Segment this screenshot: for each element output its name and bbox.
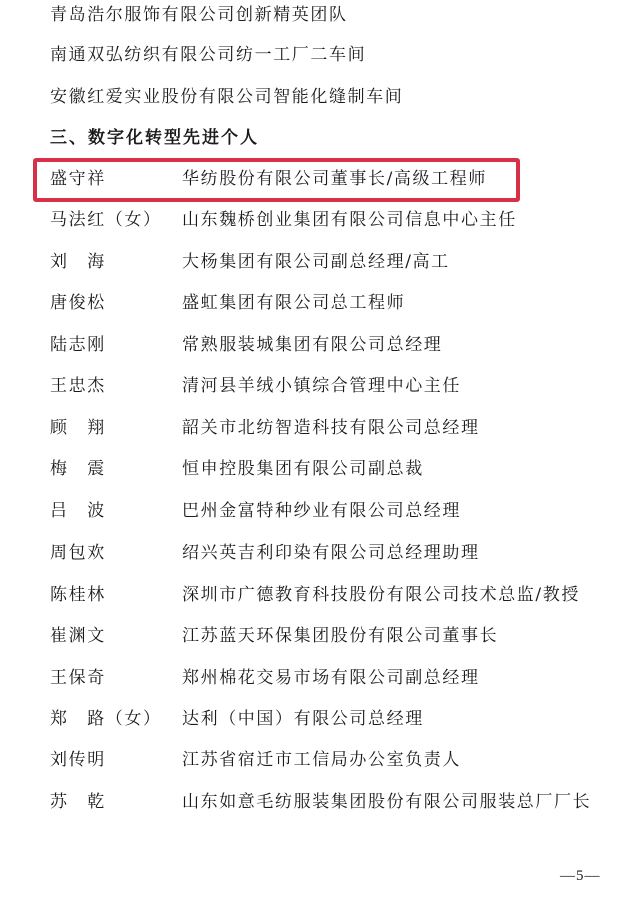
person-name: 苏 乾: [50, 791, 106, 813]
person-name: 王保奇: [50, 667, 106, 689]
person-title: 山东魏桥创业集团有限公司信息中心主任: [182, 209, 517, 231]
team-entry: 南通双弘纺织有限公司纺一工厂二车间: [50, 44, 366, 66]
section-heading: 三、数字化转型先进个人: [50, 127, 259, 149]
person-title: 华纺股份有限公司董事长/高级工程师: [182, 168, 487, 190]
person-name: 崔渊文: [50, 625, 106, 647]
person-title: 盛虹集团有限公司总工程师: [182, 292, 405, 314]
person-title: 巴州金富特种纱业有限公司总经理: [182, 500, 461, 522]
person-name: 郑 路（女）: [50, 708, 162, 730]
person-name: 刘 海: [50, 251, 106, 273]
person-title: 韶关市北纺智造科技有限公司总经理: [182, 417, 480, 439]
person-name: 马法红（女）: [50, 209, 162, 231]
person-name: 梅 震: [50, 458, 106, 480]
person-title: 常熟服装城集团有限公司总经理: [182, 334, 442, 356]
person-name: 顾 翔: [50, 417, 106, 439]
person-title: 山东如意毛纺服装集团股份有限公司服装总厂厂长: [182, 791, 591, 813]
person-title: 江苏蓝天环保集团股份有限公司董事长: [182, 625, 498, 647]
person-title: 郑州棉花交易市场有限公司副总经理: [182, 667, 480, 689]
person-title: 绍兴英吉利印染有限公司总经理助理: [182, 542, 480, 564]
team-entry: 安徽红爱实业股份有限公司智能化缝制车间: [50, 86, 403, 108]
person-title: 大杨集团有限公司副总经理/高工: [182, 251, 450, 273]
person-name: 吕 波: [50, 500, 106, 522]
person-name: 盛守祥: [50, 168, 106, 190]
person-name: 周包欢: [50, 542, 106, 564]
person-name: 陆志刚: [50, 334, 106, 356]
person-title: 清河县羊绒小镇综合管理中心主任: [182, 375, 461, 397]
team-entry: 青岛浩尔服饰有限公司创新精英团队: [50, 4, 348, 26]
page-number: —5—: [560, 868, 601, 885]
person-name: 刘传明: [50, 749, 106, 771]
person-title: 深圳市广德教育科技股份有限公司技术总监/教授: [182, 584, 580, 606]
person-title: 恒申控股集团有限公司副总裁: [182, 458, 424, 480]
person-title: 达利（中国）有限公司总经理: [182, 708, 424, 730]
person-title: 江苏省宿迁市工信局办公室负责人: [182, 749, 461, 771]
person-name: 陈桂林: [50, 584, 106, 606]
person-name: 唐俊松: [50, 292, 106, 314]
person-name: 王忠杰: [50, 375, 106, 397]
